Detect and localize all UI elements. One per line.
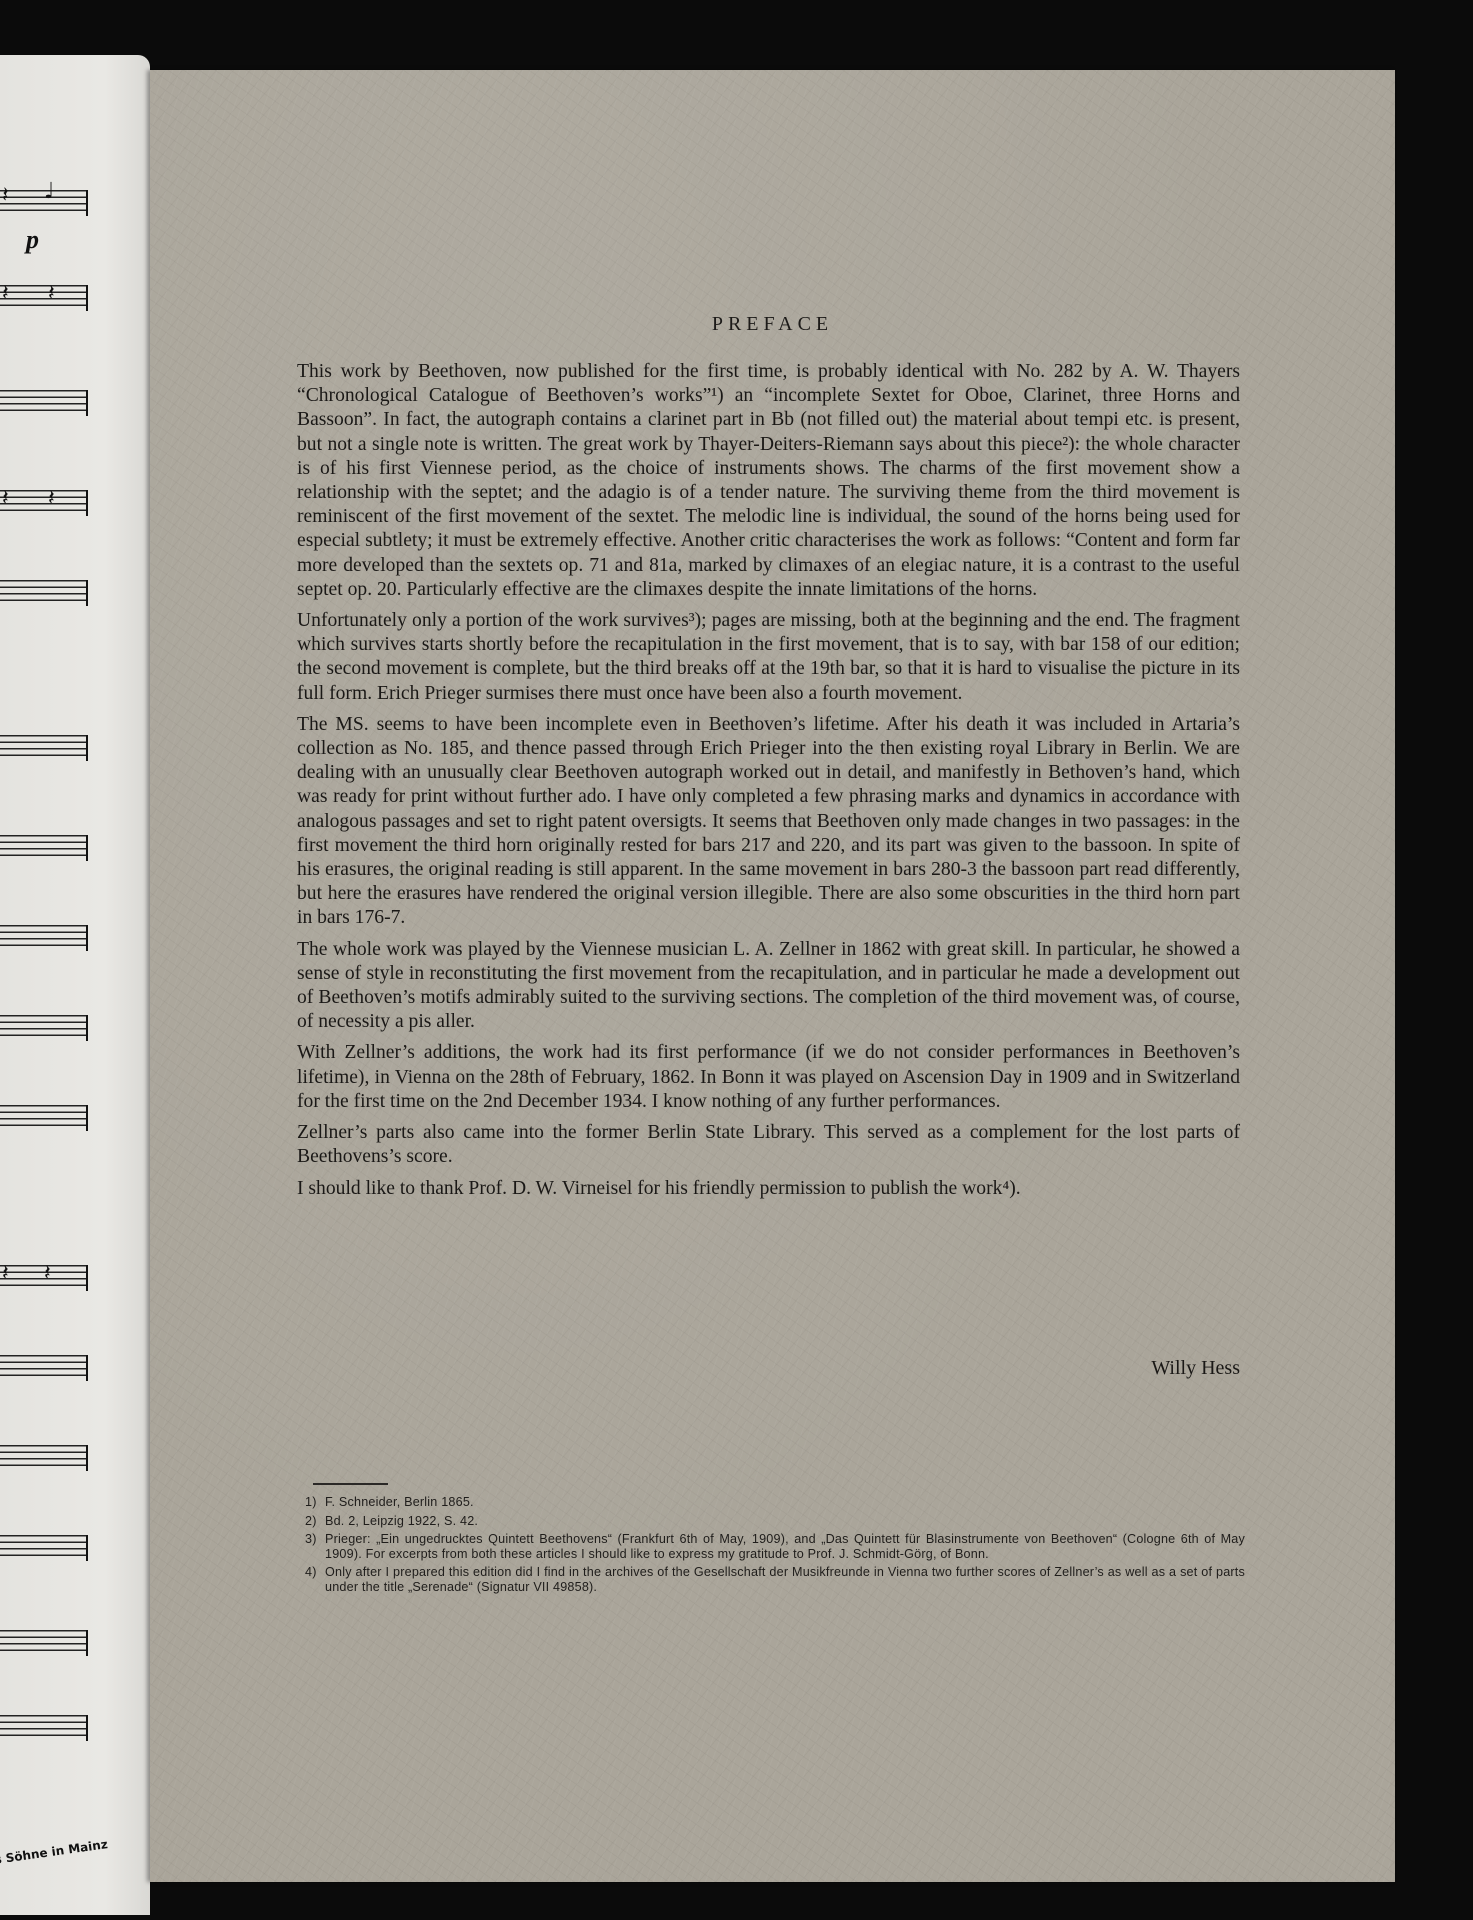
footnote-text: Bd. 2, Leipzig 1922, S. 42. (325, 1514, 1245, 1529)
paragraph: This work by Beethoven, now published fo… (297, 360, 1240, 602)
footnote-number: 2) (305, 1514, 325, 1529)
quarter-rest-icon: 𝄽 (2, 1261, 9, 1286)
quarter-rest-icon: 𝄽 (44, 1261, 51, 1286)
music-staff (0, 1715, 88, 1741)
footnote-divider (313, 1483, 388, 1485)
page-title: PREFACE (150, 313, 1395, 336)
footnote: 2) Bd. 2, Leipzig 1922, S. 42. (305, 1514, 1245, 1529)
paragraph: With Zellner’s additions, the work had i… (297, 1041, 1240, 1114)
music-staff (0, 1445, 88, 1471)
footnote-number: 1) (305, 1495, 325, 1510)
publisher-imprint: s Söhne in Mainz (0, 1837, 109, 1867)
footnote-text: Prieger: „Ein ungedrucktes Quintett Beet… (325, 1532, 1245, 1561)
preface-page: PREFACE This work by Beethoven, now publ… (150, 70, 1395, 1882)
music-staff (0, 1355, 88, 1381)
footnote-number: 4) (305, 1565, 325, 1594)
note-icon: ♩ (44, 179, 54, 204)
paragraph: I should like to thank Prof. D. W. Virne… (297, 1177, 1240, 1201)
music-staff (0, 285, 88, 311)
footnote: 3) Prieger: „Ein ungedrucktes Quintett B… (305, 1532, 1245, 1561)
paragraph: The MS. seems to have been incomplete ev… (297, 713, 1240, 931)
music-staff (0, 925, 88, 951)
music-staff (0, 490, 88, 516)
music-staff (0, 390, 88, 416)
paragraph: Unfortunately only a portion of the work… (297, 609, 1240, 706)
paragraph: The whole work was played by the Viennes… (297, 938, 1240, 1035)
music-staff (0, 580, 88, 606)
music-staff (0, 1015, 88, 1041)
footnote-text: F. Schneider, Berlin 1865. (325, 1495, 1245, 1510)
left-page-music-score: 𝄽 ♩ p 𝄽 𝄽 𝄽 𝄽 𝄽 𝄽 s Söhne in Mainz (0, 55, 150, 1915)
quarter-rest-icon: 𝄽 (2, 183, 9, 208)
preface-body: This work by Beethoven, now published fo… (297, 360, 1240, 1208)
footnote: 4) Only after I prepared this edition di… (305, 1565, 1245, 1594)
music-staff (0, 1630, 88, 1656)
footnote-text: Only after I prepared this edition did I… (325, 1565, 1245, 1594)
music-staff (0, 835, 88, 861)
music-staff (0, 1535, 88, 1561)
music-staff (0, 735, 88, 761)
quarter-rest-icon: 𝄽 (48, 281, 55, 306)
quarter-rest-icon: 𝄽 (2, 281, 9, 306)
footnotes: 1) F. Schneider, Berlin 1865. 2) Bd. 2, … (305, 1495, 1245, 1598)
author-signature: Willy Hess (1151, 1357, 1240, 1380)
quarter-rest-icon: 𝄽 (2, 486, 9, 511)
dynamic-marking: p (26, 225, 39, 255)
music-staff (0, 1105, 88, 1131)
footnote: 1) F. Schneider, Berlin 1865. (305, 1495, 1245, 1510)
paragraph: Zellner’s parts also came into the forme… (297, 1121, 1240, 1169)
footnote-number: 3) (305, 1532, 325, 1561)
quarter-rest-icon: 𝄽 (48, 486, 55, 511)
